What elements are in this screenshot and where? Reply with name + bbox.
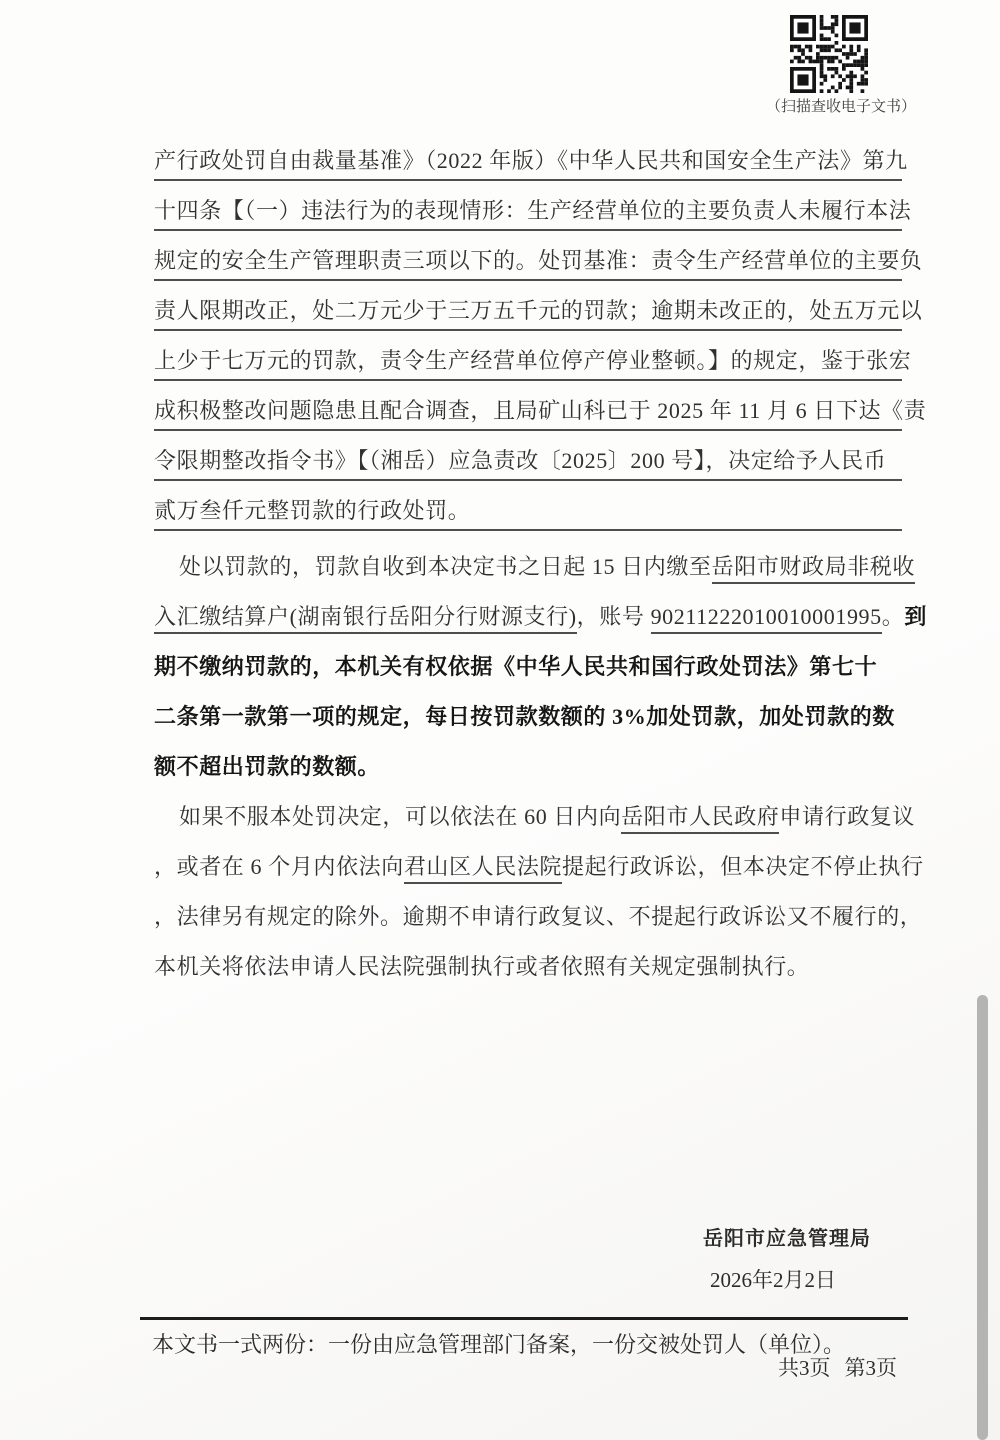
issuing-authority: 岳阳市应急管理局 — [703, 1222, 871, 1251]
doc-line-bold: 额不超出罚款的数额。 — [154, 742, 902, 792]
doc-line: 令限期整改指令书》【（湘岳）应急责改〔2025〕200 号】，决定给予人民币 — [154, 436, 902, 486]
qr-code-icon — [790, 15, 868, 93]
paragraph-legal-basis: 产行政处罚自由裁量基准》（2022 年版）《中华人民共和国安全生产法》第九 十四… — [154, 136, 902, 536]
underlined-account-number: 90211222010010001995 — [651, 604, 882, 634]
footer-divider — [140, 1317, 908, 1320]
doc-line: 上少于七万元的罚款，责令生产经营单位停产停业整顿。】的规定，鉴于张宏 — [154, 336, 902, 386]
underlined-payee: 岳阳市财政局非税收 — [712, 554, 915, 584]
footer-note: 本文书一式两份：一份由应急管理部门备案，一份交被处罚人（单位）。 — [152, 1328, 845, 1359]
doc-line: 处以罚款的，罚款自收到本决定书之日起 15 日内缴至岳阳市财政局非税收 — [154, 542, 902, 592]
paragraph-payment-terms: 处以罚款的，罚款自收到本决定书之日起 15 日内缴至岳阳市财政局非税收 入汇缴结… — [154, 542, 902, 792]
underlined-review-authority: 岳阳市人民政府 — [621, 804, 779, 834]
doc-line: 产行政处罚自由裁量基准》（2022 年版）《中华人民共和国安全生产法》第九 — [154, 136, 902, 186]
scrollbar-thumb[interactable] — [977, 995, 988, 1440]
doc-line: 规定的安全生产管理职责三项以下的。处罚基准：责令生产经营单位的主要负 — [154, 236, 902, 286]
doc-line: 贰万叁仟元整罚款的行政处罚。 — [154, 486, 902, 536]
qr-caption: （扫描查收电子文书） — [766, 95, 916, 116]
text-segment: 处以罚款的，罚款自收到本决定书之日起 15 日内缴至 — [179, 554, 712, 579]
page-count: 共3页第3页 — [778, 1352, 897, 1382]
paragraph-appeal-rights: 如果不服本处罚决定，可以依法在 60 日内向岳阳市人民政府申请行政复议 ，或者在… — [154, 792, 902, 992]
doc-line-bold: 二条第一款第一项的规定，每日按罚款数额的 3%加处罚款，加处罚款的数 — [154, 692, 902, 742]
doc-line: 责人限期改正，处二万元少于三万五千元的罚款；逾期未改正的，处五万元以 — [154, 286, 902, 336]
text-segment: 。 — [882, 604, 905, 629]
doc-line: 如果不服本处罚决定，可以依法在 60 日内向岳阳市人民政府申请行政复议 — [154, 792, 902, 842]
doc-line: 本机关将依法申请人民法院强制执行或者依照有关规定强制执行。 — [154, 942, 902, 992]
doc-line: ，或者在 6 个月内依法向君山区人民法院提起行政诉讼，但本决定不停止执行 — [154, 842, 902, 892]
text-segment: 如果不服本处罚决定，可以依法在 60 日内向 — [179, 804, 621, 829]
text-segment: 提起行政诉讼，但本决定不停止执行 — [562, 854, 924, 879]
total-pages: 共3页 — [778, 1356, 831, 1380]
text-segment: 申请行政复议 — [779, 804, 915, 829]
doc-line: 成积极整改问题隐患且配合调查，且局矿山科已于 2025 年 11 月 6 日下达… — [154, 386, 902, 436]
text-segment: ，或者在 6 个月内依法向 — [154, 854, 404, 879]
doc-line: 十四条【（一）违法行为的表现情形：生产经营单位的主要负责人未履行本法 — [154, 186, 902, 236]
current-page: 第3页 — [845, 1356, 898, 1380]
qr-code-svg — [790, 15, 868, 93]
decision-date: 2026年2月2日 — [710, 1264, 836, 1294]
doc-line-bold: 期不缴纳罚款的，本机关有权依据《中华人民共和国行政处罚法》第七十 — [154, 642, 902, 692]
document-body: 产行政处罚自由裁量基准》（2022 年版）《中华人民共和国安全生产法》第九 十四… — [154, 136, 902, 992]
doc-line: ，法律另有规定的除外。逾期不申请行政复议、不提起行政诉讼又不履行的， — [154, 892, 902, 942]
underlined-payee: 入汇缴结算户(湖南银行岳阳分行财源支行) — [154, 604, 577, 634]
bold-segment: 到 — [904, 604, 927, 629]
doc-line: 入汇缴结算户(湖南银行岳阳分行财源支行)，账号 9021122201001000… — [154, 592, 902, 642]
underlined-court: 君山区人民法院 — [404, 854, 562, 884]
document-page: （扫描查收电子文书） 产行政处罚自由裁量基准》（2022 年版）《中华人民共和国… — [0, 0, 1000, 1440]
text-segment: ，账号 — [577, 604, 651, 629]
